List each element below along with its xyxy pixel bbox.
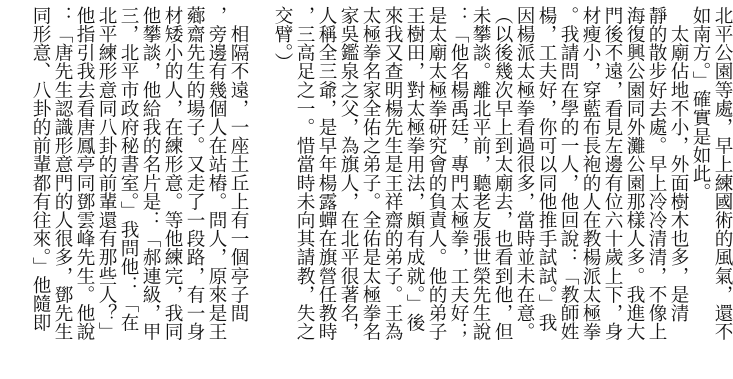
text-column: ，旁邊有幾個人在站樁。問人，原來是王 bbox=[206, 6, 226, 341]
text-column: 相隔不遠，一座土丘上有一個亭子間 bbox=[228, 6, 248, 322]
text-column: 三，北平市政府秘書室。」我問他：「在 bbox=[118, 6, 138, 332]
text-column: 北平公園等處，早上練國術的風氣，還不 bbox=[712, 6, 732, 341]
text-column: 王樹田，對太極拳用法，頗有成就。」後 bbox=[404, 6, 424, 332]
text-column: 材矮小的人，在練形意。等他練完，我同 bbox=[162, 6, 182, 341]
text-column: 交臂。） bbox=[272, 6, 292, 71]
text-column: 他指引我去看唐鳳亭同鄧雲峰先生。他說 bbox=[74, 6, 94, 341]
text-column: 北平練形意同八卦的前輩還有那些人？」 bbox=[96, 6, 116, 341]
text-column: ，三高足之一。惜當時未向其請教，失之 bbox=[294, 6, 314, 341]
text-column: 如南方。」確實是如此。 bbox=[690, 6, 710, 201]
document-page: 北平公園等處，早上練國術的風氣，還不如南方。」確實是如此。 太廟佔地不小，外面樹… bbox=[0, 0, 733, 379]
text-column: 因楊派太極拳看過很多，當時並未在意。 bbox=[514, 6, 534, 341]
text-column: 他攀談，他給我的名片是：「郝連級，甲 bbox=[140, 6, 160, 341]
text-column: 太廟佔地不小，外面樹木也多，是清 bbox=[668, 6, 688, 322]
text-column: ：「他名楊禹廷，專門太極拳，工夫好； bbox=[448, 6, 468, 341]
text-column: 材瘦小，穿藍布長袍的人在教楊派太極拳 bbox=[580, 6, 600, 341]
text-column: 靜的散步好去處。早上冷冷清清，不像上 bbox=[646, 6, 666, 341]
text-column: 是太廟太極拳研究會的負責人。他的弟子 bbox=[426, 6, 446, 341]
text-column: 。我請問在學的一人，他回說：「教師姓 bbox=[558, 6, 578, 341]
text-column: 太極拳名家全佑之弟子。全佑是太極拳名 bbox=[360, 6, 380, 341]
text-column: （以後幾次早上到太廟去，也看到他，但 bbox=[492, 6, 512, 341]
text-column: 來我又查明楊先生是王祥齋的弟子。王為 bbox=[382, 6, 402, 341]
text-column: 同形意、八卦的前輩都有往來。」他隨即 bbox=[30, 6, 50, 332]
text-column: 人稱全三爺，是早年楊露蟬在旗營任教時 bbox=[316, 6, 336, 341]
text-column: ：「唐先生認識形意門的人很多，鄧先生 bbox=[52, 6, 72, 341]
text-column: 門後不遠，看見左邊有位六十歲上下，身 bbox=[602, 6, 622, 341]
text-column: 薌齋先生的場子。又走了一段路，有一身 bbox=[184, 6, 204, 341]
text-column: 海復興公園同外灘公園那樣人多。我進大 bbox=[624, 6, 644, 341]
text-column: 未攀談。離北平前，聽老友張世榮先生說 bbox=[470, 6, 490, 341]
text-column: 楊，工夫好，你可以同他推手試試。」我 bbox=[536, 6, 556, 332]
text-column: 家吳鑑泉之父，為旗人，在北平很著名， bbox=[338, 6, 358, 341]
